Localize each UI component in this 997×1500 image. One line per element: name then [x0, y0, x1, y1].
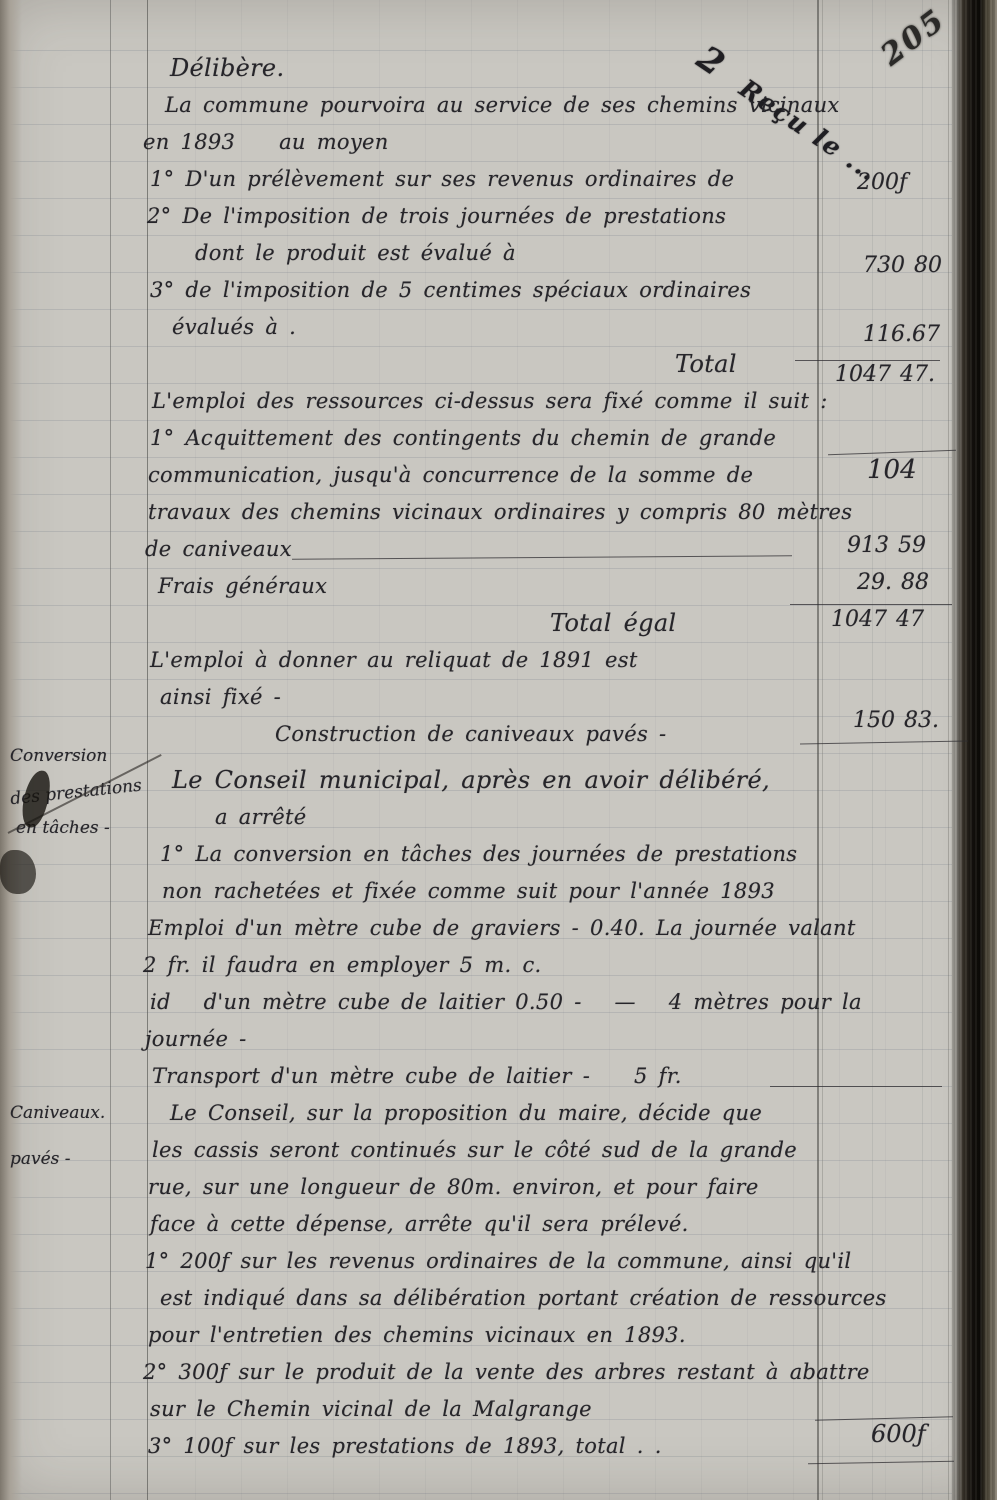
text-line: id d'un mètre cube de laitier 0.50 - — 4… — [150, 984, 817, 1021]
text-line: 2° De l'imposition de trois journées de … — [147, 198, 817, 235]
text-line: 3° de l'imposition de 5 centimes spéciau… — [150, 272, 817, 309]
text-line: Le Conseil, sur la proposition du maire,… — [170, 1095, 817, 1132]
text-line: a arrêté — [215, 799, 817, 836]
text-line: La commune pourvoira au service de ses c… — [165, 87, 817, 124]
amount: 116.67 — [863, 322, 940, 347]
total-rule — [795, 360, 940, 361]
amount-total: 1047 47 — [831, 607, 924, 632]
text-line: ainsi fixé - — [160, 679, 817, 716]
text-line: Délibère. — [170, 50, 817, 87]
text-line: face à cette dépense, arrête qu'il sera … — [150, 1206, 817, 1243]
amount: 104 — [867, 455, 917, 485]
text-line: en 1893 au moyen — [143, 124, 817, 161]
text-line: 2° 300ƒ sur le produit de la vente des a… — [143, 1354, 817, 1391]
margin-note-line: Caniveaux. — [10, 1090, 150, 1136]
amount: 913 59 — [847, 533, 926, 558]
text-line: L'emploi des ressources ci-dessus sera f… — [152, 383, 817, 420]
amount-total: 600ƒ — [871, 1420, 926, 1448]
text-line: non rachetées et fixée comme suit pour l… — [162, 873, 817, 910]
text-line: Le Conseil municipal, après en avoir dél… — [172, 762, 817, 799]
total-rule — [790, 604, 952, 605]
amount-column: 200ƒ 730 80 116.67 1047 47. 104 913 59 2… — [815, 0, 955, 1500]
text-line: 3° 100ƒ sur les prestations de 1893, tot… — [148, 1428, 817, 1465]
text-line: 1° Acquittement des contingents du chemi… — [150, 420, 817, 457]
text-line: 1° D'un prélèvement sur ses revenus ordi… — [150, 161, 817, 198]
amount: 200ƒ — [857, 170, 907, 195]
amount: 150 83. — [853, 708, 939, 733]
margin-note-line: pavés - — [10, 1136, 150, 1182]
binding-texture — [950, 0, 997, 1500]
register-page: 205 2Reçu le ... Conversion des prestati… — [0, 0, 997, 1500]
text-line: les cassis seront continués sur le côté … — [152, 1132, 817, 1169]
binding-edge — [950, 0, 997, 1500]
amount: 29. 88 — [857, 570, 929, 595]
fill-dash — [770, 1086, 942, 1087]
text-line: évalués à . — [172, 309, 817, 346]
text-block-1: Délibère. La commune pourvoira au servic… — [162, 50, 817, 753]
text-line: dont le produit est évalué à — [195, 235, 817, 272]
text-line: 2 fr. il faudra en employer 5 m. c. — [143, 947, 817, 984]
text-line-total-egal: Total égal — [550, 605, 817, 642]
text-line: pour l'entretien des chemins vicinaux en… — [148, 1317, 817, 1354]
text-line: Transport d'un mètre cube de laitier - 5… — [152, 1058, 817, 1095]
text-line: est indiqué dans sa délibération portant… — [160, 1280, 817, 1317]
text-line: Construction de caniveaux pavés - — [275, 716, 817, 753]
amount: 730 80 — [863, 253, 942, 278]
text-line-total: Total — [675, 346, 817, 383]
text-line: de caniveaux — [145, 531, 817, 568]
text-line: journée - — [145, 1021, 817, 1058]
ink-blot — [0, 850, 36, 894]
margin-note-caniveaux: Caniveaux. pavés - — [10, 1090, 150, 1182]
text-line: L'emploi à donner au reliquat de 1891 es… — [150, 642, 817, 679]
text-line: communication, jusqu'à concurrence de la… — [148, 457, 817, 494]
text-line: Frais généraux — [158, 568, 817, 605]
text-line: 1° La conversion en tâches des journées … — [160, 836, 817, 873]
text-line: 1° 200ƒ sur les revenus ordinaires de la… — [145, 1243, 817, 1280]
text-line: Emploi d'un mètre cube de graviers - 0.4… — [148, 910, 817, 947]
text-line: rue, sur une longueur de 80m. environ, e… — [148, 1169, 817, 1206]
text-line: travaux des chemins vicinaux ordinaires … — [148, 494, 817, 531]
text-block-2: Le Conseil municipal, après en avoir dél… — [162, 762, 817, 1465]
text-line: sur le Chemin vicinal de la Malgrange — [150, 1391, 817, 1428]
amount-total: 1047 47. — [835, 362, 935, 387]
